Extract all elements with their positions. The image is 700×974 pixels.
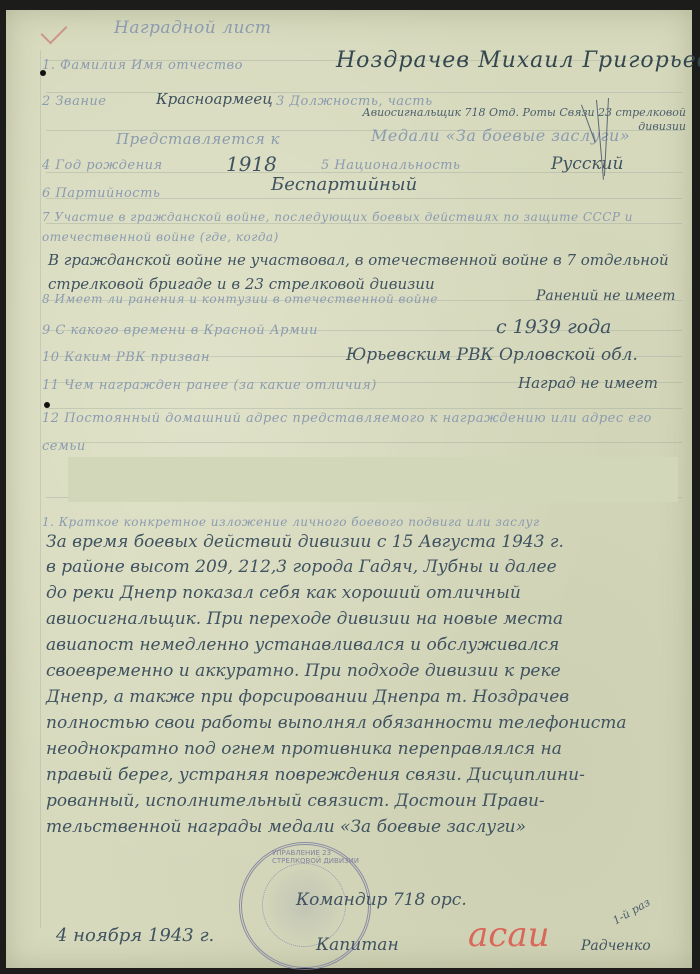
margin-line — [40, 50, 41, 928]
home-address-label: 12 Постоянный домашний адрес представляе… — [42, 405, 672, 461]
narrative-line: неоднократно под огнем противника перепр… — [46, 739, 562, 759]
wounds-label: 8 Имеет ли ранения и контузии в отечеств… — [42, 292, 438, 306]
narrative-line: полностью свои работы выполнял обязаннос… — [46, 713, 627, 733]
party-value: Беспартийный — [271, 174, 417, 195]
checkmark-icon — [41, 18, 68, 45]
party-label: 6 Партийность — [42, 186, 160, 201]
wounds-value: Ранений не имеет — [536, 288, 675, 304]
stamp-text: УПРАВЛЕНИЕ 23 СТРЕЛКОВОЙ ДИВИЗИИ — [272, 849, 368, 865]
narrative-line: до реки Днепр показал себя как хороший о… — [46, 583, 521, 603]
draft-office-value: Юрьевским РВК Орловской обл. — [346, 345, 638, 365]
rank-value: Красноармеец — [156, 90, 273, 108]
row-1-label: 1. Фамилия Имя отчество — [42, 58, 243, 73]
red-signature: acau — [468, 915, 549, 955]
row-2-label: 2 Звание — [42, 94, 106, 109]
document-date: 4 ноября 1943 г. — [56, 925, 214, 946]
punch-hole — [44, 402, 50, 408]
previous-awards-label: 11 Чем награжден ранее (за какие отличия… — [42, 378, 377, 393]
signature-name: Радченко — [581, 938, 651, 954]
birth-year-value: 1918 — [226, 152, 277, 176]
narrative-line: в районе высот 209, 212,3 города Гадяч, … — [46, 557, 557, 577]
war-participation-label: 7 Участие в гражданской войне, последующ… — [42, 207, 682, 247]
nationality-label: 5 Национальность — [321, 158, 461, 173]
nationality-value: Русский — [551, 154, 623, 174]
signature-title: Командир 718 орс. — [296, 890, 467, 910]
narrative-line: За время боевых действий дивизии с 15 Ав… — [46, 532, 564, 552]
narrative-line: Днепр, а также при форсировании Днепра т… — [46, 687, 569, 707]
document-title: Наградной лист — [114, 18, 272, 38]
draft-office-label: 10 Каким РВК призван — [42, 350, 210, 365]
narrative-line: правый берег, устраняя повреждения связи… — [46, 765, 585, 785]
nominated-for-label: Представляется к — [116, 130, 280, 148]
birth-year-label: 4 Год рождения — [42, 158, 163, 173]
full-name-value: Ноздрачев Михаил Григорьевич — [336, 48, 700, 73]
award-sheet: Наградной лист 1. Фамилия Имя отчество Н… — [6, 10, 692, 968]
feat-section-label: 1. Краткое конкретное изложение личного … — [42, 515, 540, 529]
narrative-line: своевременно и аккуратно. При подходе ди… — [46, 661, 561, 681]
redacted-area — [68, 457, 678, 502]
narrative-line: авиапост немедленно устанавливался и обс… — [46, 635, 559, 655]
punch-hole — [40, 70, 46, 76]
service-since-label: 9 С какого времени в Красной Армии — [42, 323, 318, 338]
narrative-line: тельственной награды медали «За боевые з… — [46, 817, 526, 837]
signature-note: 1-й раз — [610, 896, 652, 928]
service-since-value: с 1939 года — [496, 316, 611, 338]
ruled-line — [46, 92, 682, 93]
previous-awards-value: Наград не имеет — [518, 374, 658, 392]
narrative-line: рованный, исполнительный связист. Достои… — [46, 791, 545, 811]
narrative-line: авиосигнальщик. При переходе дивизии на … — [46, 609, 563, 629]
signature-rank: Капитан — [316, 935, 399, 955]
